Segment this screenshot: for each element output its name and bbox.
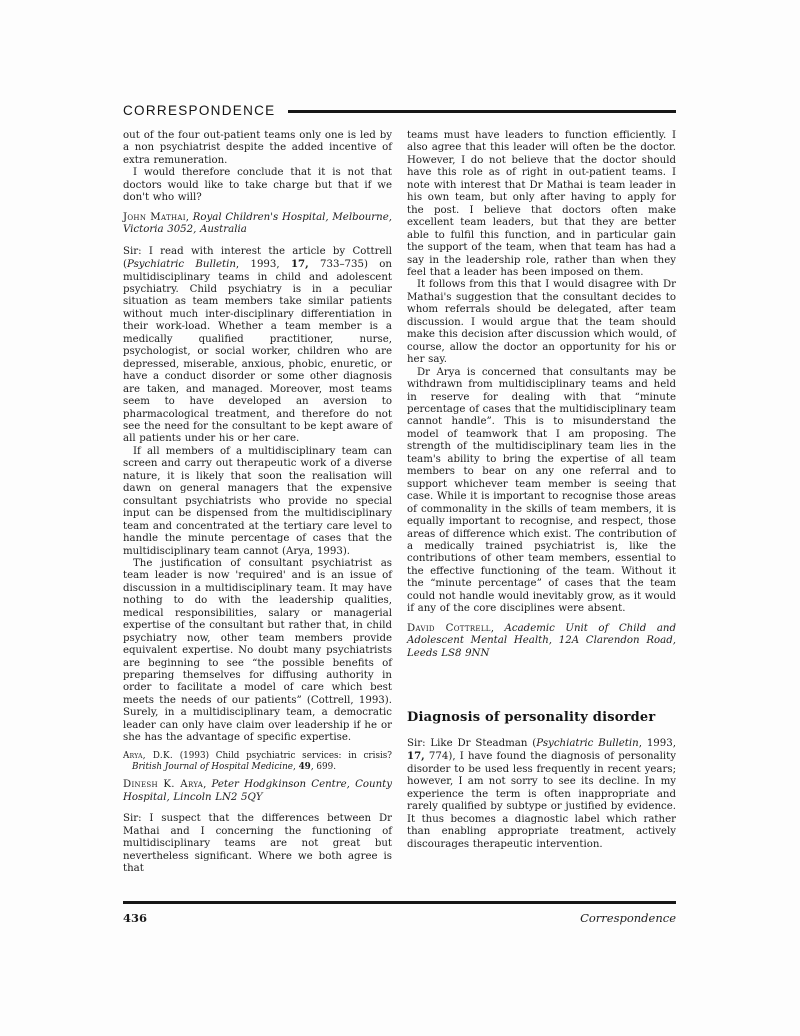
- header-rule: [288, 110, 676, 113]
- footer-journal-label: Correspondence: [580, 911, 676, 925]
- letter1-continuation-paragraph: out of the four out-patient teams only o…: [123, 130, 392, 167]
- letter2-paragraph-3: The justification of consultant psychiat…: [123, 558, 392, 745]
- letter2-paragraph-1: Sir: I read with interest the article by…: [123, 246, 392, 446]
- signature-dinesh-arya: Dinesh K. Arya, Peter Hodgkinson Centre,…: [123, 779, 392, 804]
- letter3-paragraph-3: It follows from this that I would disagr…: [407, 279, 676, 366]
- letter1-closing-paragraph: I would therefore conclude that it is no…: [123, 167, 392, 204]
- letter3-paragraph-1: Sir: I suspect that the differences betw…: [123, 813, 392, 875]
- signature-john-mathai: John Mathai, Royal Children's Hospital, …: [123, 212, 392, 237]
- letter4-heading: Diagnosis of personality disorder: [407, 710, 676, 725]
- two-column-layout: out of the four out-patient teams only o…: [123, 130, 676, 876]
- letter2-paragraph-2: If all members of a multidisciplinary te…: [123, 446, 392, 558]
- signature-david-cottrell: David Cottrell, Academic Unit of Child a…: [407, 623, 676, 660]
- letter3-paragraph-2: teams must have leaders to function effi…: [407, 130, 676, 279]
- section-title: CORRESPONDENCE: [123, 103, 275, 118]
- letter3-paragraph-4: Dr Arya is concerned that consultants ma…: [407, 367, 676, 616]
- letter4-paragraph-1: Sir: Like Dr Steadman (Psychiatric Bulle…: [407, 738, 676, 851]
- left-column: out of the four out-patient teams only o…: [123, 130, 392, 876]
- right-column: teams must have leaders to function effi…: [407, 130, 676, 876]
- reference-arya-1993: Arya, D.K. (1993) Child psychiatric serv…: [123, 751, 392, 773]
- journal-page: CORRESPONDENCE out of the four out-patie…: [0, 0, 800, 1036]
- page-number: 436: [123, 911, 147, 925]
- running-head: CORRESPONDENCE: [123, 102, 676, 118]
- page-footer: 436 Correspondence: [123, 901, 676, 925]
- page-content: CORRESPONDENCE out of the four out-patie…: [123, 102, 676, 876]
